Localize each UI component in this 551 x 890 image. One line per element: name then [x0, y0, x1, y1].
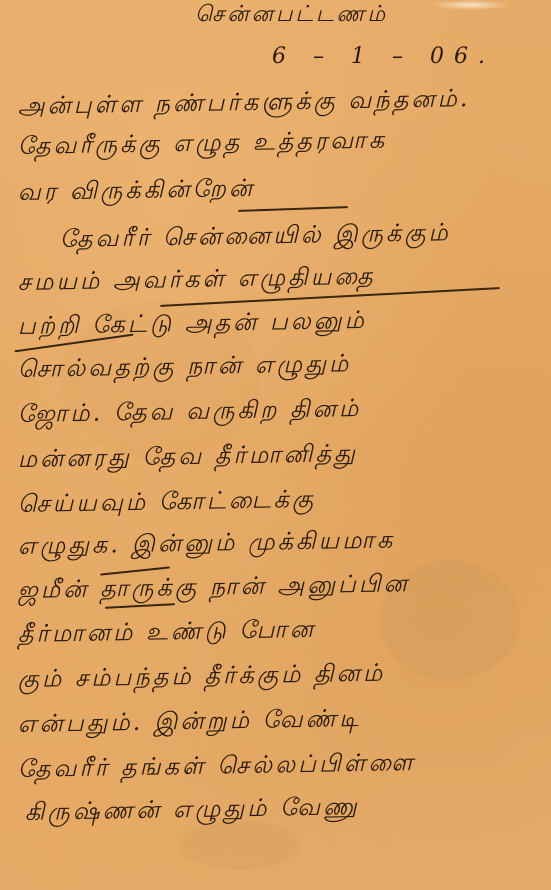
letter-line-17: கிருஷ்ணன் எழுதும் வேணு: [24, 792, 360, 829]
letter-line-3: வர விருக்கின்றேன்: [17, 174, 255, 209]
letter-page: சென்னபட்டணம் 6 – 1 – 06. அன்புள்ள நண்பர்…: [0, 0, 551, 890]
letter-line-14: கும் சம்பந்தம் தீர்க்கும் தினம்: [17, 659, 385, 696]
letter-line-16: தேவரீர் தங்கள் செல்லப்பிள்ளை: [17, 748, 416, 786]
letter-line-12: ஜமீன் தாருக்கு நான் அனுப்பின: [17, 569, 410, 607]
letter-line-9: மன்னரது தேவ தீர்மானித்து: [17, 439, 358, 476]
letter-line-7: சொல்வதற்கு நான் எழுதும்: [17, 349, 351, 386]
letter-line-13: தீர்மானம் உண்டு போன: [17, 615, 316, 651]
letter-line-4: தேவரீர் சென்னையில் இருக்கும்: [59, 218, 451, 256]
paper-stain: [180, 820, 300, 870]
letter-date: 6 – 1 – 06.: [272, 44, 495, 69]
photo-glare: [431, 0, 511, 10]
letter-line-10: செய்யவும் கோட்டைக்கு: [17, 485, 316, 521]
letter-line-8: ஜோம். தேவ வருகிற தினம்: [17, 394, 361, 431]
letter-place: சென்னபட்டணம்: [195, 2, 388, 30]
letter-line-15: என்பதும். இன்றும் வேண்டி: [17, 704, 361, 741]
letter-line-1: அன்புள்ள நண்பர்களுக்கு வந்தனம்.: [17, 84, 470, 123]
underline: [238, 206, 348, 212]
letter-line-2: தேவரீருக்கு எழுத உத்தரவாக: [17, 126, 387, 163]
letter-line-5: சமயம் அவர்கள் எழுதியதை: [17, 262, 375, 299]
letter-line-11: எழுதுக. இன்னும் முக்கியமாக: [17, 525, 395, 563]
letter-line-6: பற்றி கேட்டு அதன் பலனும்: [17, 306, 367, 343]
